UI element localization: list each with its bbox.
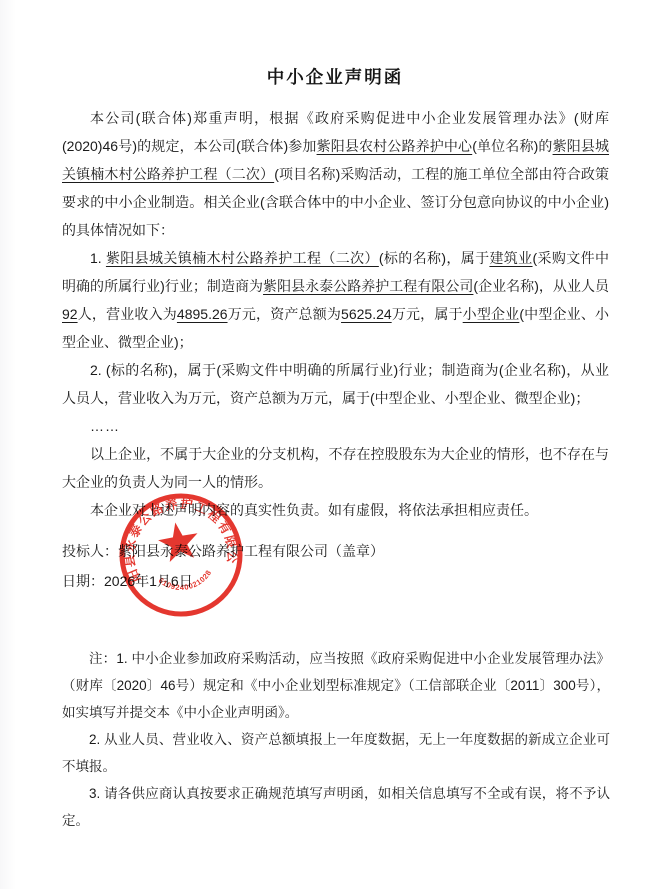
page-edge-shading (0, 0, 16, 889)
date-value: 2026年1月6日 (104, 573, 193, 589)
document-body: 本公司(联合体)郑重声明，根据《政府采购促进中小企业发展管理办法》(财库(202… (62, 104, 609, 524)
text-segment: 本企业对上述声明内容的真实性负责。如有虚假，将依法承担相应责任。 (90, 502, 538, 518)
filled-in-field: 4895.26 (177, 306, 228, 322)
text-segment: 万元，资产总额为 (228, 306, 342, 322)
text-segment: (标的名称)，属于 (379, 250, 490, 266)
text-segment: (单位名称)的 (472, 138, 552, 154)
declaration-document-page: 中小企业声明函 本公司(联合体)郑重声明，根据《政府采购促进中小企业发展管理办法… (0, 0, 670, 889)
filled-in-field: 5625.24 (341, 306, 392, 322)
filled-in-field: 紫阳县城关镇楠木村公路养护工程（二次） (106, 250, 379, 266)
text-segment: 万元，属于 (392, 306, 463, 322)
filled-in-field: 紫阳县农村公路养护中心 (317, 138, 473, 154)
text-segment: 1. (90, 250, 106, 266)
note-2: 2. 从业人员、营业收入、资产总额填报上一年度数据，无上一年度数据的新成立企业可… (62, 726, 610, 780)
bidder-label: 投标人： (62, 543, 118, 559)
text-segment: (企业名称)，从业人员 (473, 278, 609, 294)
text-segment: 人，营业收入为 (78, 306, 177, 322)
paragraph-item1: 1. 紫阳县城关镇楠木村公路养护工程（二次）(标的名称)，属于建筑业(采购文件中… (62, 244, 609, 356)
bidder-line: 投标人：紫阳县永泰公路养护工程有限公司（盖章） (62, 536, 384, 566)
filled-in-field: 紫阳县永泰公路养护工程有限公司 (263, 278, 473, 294)
document-title: 中小企业声明函 (0, 64, 670, 89)
paragraph-ellipsis: …… (62, 412, 609, 440)
text-segment: 以上企业，不属于大企业的分支机构，不存在控股股东为大企业的情形，也不存在与大企业… (62, 446, 609, 490)
paragraph-intro: 本公司(联合体)郑重声明，根据《政府采购促进中小企业发展管理办法》(财库(202… (62, 104, 609, 244)
bidder-company-name: 紫阳县永泰公路养护工程有限公司（盖章） (118, 543, 384, 559)
text-segment: …… (90, 418, 120, 434)
filled-in-field: 92 (62, 306, 78, 322)
text-segment: 2. (标的名称)，属于(采购文件中明确的所属行业)行业；制造商为(企业名称)，… (62, 362, 609, 406)
note-3: 3. 请各供应商认真按要求正确规范填写声明函，如相关信息填写不全或有误，将不予认… (62, 780, 610, 834)
note-1: 注：1. 中小企业参加政府采购活动，应当按照《政府采购促进中小企业发展管理办法》… (62, 645, 610, 726)
paragraph-responsibility: 本企业对上述声明内容的真实性负责。如有虚假，将依法承担相应责任。 (62, 496, 609, 524)
filled-in-field: 建筑业 (489, 250, 532, 266)
date-line: 日期：2026年1月6日 (62, 566, 384, 596)
notes-block: 注：1. 中小企业参加政府采购活动，应当按照《政府采购促进中小企业发展管理办法》… (62, 645, 610, 834)
paragraph-no-affiliation: 以上企业，不属于大企业的分支机构，不存在控股股东为大企业的情形，也不存在与大企业… (62, 440, 609, 496)
signature-block: 投标人：紫阳县永泰公路养护工程有限公司（盖章） 日期：2026年1月6日 (62, 536, 384, 596)
filled-in-field: 小型企业 (463, 306, 520, 322)
paragraph-item2: 2. (标的名称)，属于(采购文件中明确的所属行业)行业；制造商为(企业名称)，… (62, 356, 609, 412)
date-label: 日期： (62, 573, 104, 589)
